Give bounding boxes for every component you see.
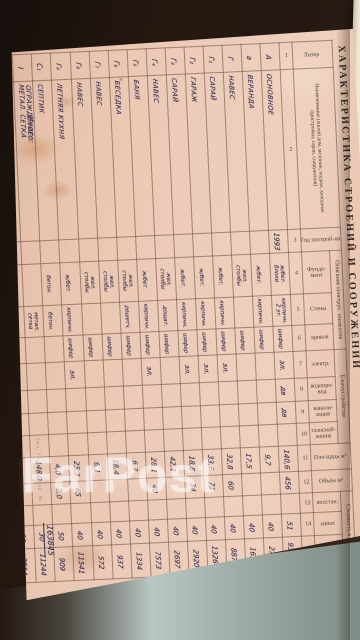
cell-gas — [106, 431, 126, 454]
cell-electric — [160, 357, 180, 385]
cell-walls: решетч. — [119, 301, 139, 333]
cell-foundation: жел. столбы — [98, 260, 119, 303]
cell-restor — [261, 494, 281, 515]
col-number-14: 14 — [300, 513, 314, 537]
cell-wear: 40 — [71, 523, 92, 547]
cell-volume: 85 — [69, 481, 90, 504]
cell-foundation: ж/бет. — [174, 257, 195, 300]
cell-year — [192, 233, 212, 257]
cell-gas — [258, 424, 278, 447]
cell-volume — [0, 484, 13, 507]
cell-water — [218, 381, 238, 405]
rotated-table-wrap: ХАРАКТЕРИСТИКА СТРОЕНИЙ И СООРУЖЕНИЙ Лит… — [13, 31, 360, 598]
cell-walls — [233, 296, 253, 328]
cell-roof — [6, 338, 26, 365]
cell-cost: 7573 — [149, 542, 170, 577]
cell-electric — [122, 358, 142, 386]
cell-electric: эл. — [274, 351, 294, 379]
cell-liter: Г₇ — [89, 51, 109, 79]
cell-liter: Г₈ — [70, 51, 90, 79]
cell-electric: эл. — [64, 361, 85, 389]
book-gutter-shadow — [336, 0, 350, 640]
cell-gas — [220, 426, 240, 449]
cell-restor — [70, 503, 91, 524]
cell-walls: кирпичн. — [176, 299, 196, 331]
cell-year — [97, 237, 117, 261]
cell-roof: шифер — [197, 329, 217, 356]
cell-restor — [13, 505, 33, 526]
cell-walls: кирпичн. — [138, 301, 158, 333]
cell-water — [199, 382, 219, 406]
cell-liter: Г₅ — [127, 49, 147, 77]
cell-volume — [89, 480, 109, 503]
cell-year: 1993 — [268, 230, 288, 254]
cell-water — [123, 385, 143, 409]
col-sewer: канали-зация — [308, 400, 338, 423]
cell-restor — [90, 502, 110, 523]
cell-electric — [103, 359, 123, 387]
cell-roof: шифер — [178, 330, 198, 357]
cell-area: 33,6 — [202, 449, 222, 476]
cell-walls: дощат. — [157, 300, 177, 332]
cell-gas — [182, 428, 202, 451]
cell-area: 25,3 — [68, 455, 89, 482]
cell-gas — [239, 425, 259, 448]
cell-water — [104, 386, 124, 410]
cell-year — [249, 230, 269, 254]
cell-roof: шифер — [253, 326, 273, 353]
cell-area: 32,8 — [221, 448, 241, 475]
cell-cost: 572 — [92, 545, 113, 580]
cell-restor — [147, 499, 167, 520]
photo-scene: ХАРАКТЕРИСТИКА СТРОЕНИЙ И СООРУЖЕНИЙ Лит… — [0, 0, 360, 640]
col-gas: газоснаб-жение — [309, 421, 339, 444]
cell-restor — [128, 500, 148, 521]
cell-liter: Г₉ — [50, 52, 71, 80]
cell-gas — [87, 432, 107, 455]
readable-table-area: ХАРАКТЕРИСТИКА СТРОЕНИЙ И СООРУЖЕНИЙ Лит… — [13, 31, 360, 598]
cell-water — [85, 387, 105, 411]
cell-liter: Г₃ — [165, 47, 185, 75]
col-electric: электр. — [306, 350, 336, 378]
cell-electric: эл. — [217, 354, 237, 382]
cell-walls: кирпичн. — [195, 298, 215, 330]
cell-foundation: ж/бет. — [250, 253, 271, 296]
cell-area: 62,0 — [11, 457, 31, 484]
cell-liter: А — [260, 43, 280, 71]
cell-walls — [0, 307, 6, 339]
cell-foundation — [0, 266, 4, 309]
cell-sewer — [162, 407, 182, 430]
total-label: Итого: — [26, 115, 36, 143]
cell-name: ЗАМОЩЕНИЕ — [0, 83, 1, 244]
cell-wear: 40 — [148, 519, 168, 543]
cell-electric: эл. — [141, 357, 161, 385]
cell-roof: шифер — [140, 331, 160, 358]
cell-electric — [0, 364, 8, 392]
cell-sewer — [9, 414, 29, 437]
cell-foundation: ж/бет. — [193, 256, 214, 299]
cell-cost: 1485 — [0, 549, 17, 584]
cell-liter: Г₁ — [203, 45, 223, 73]
total-value: 163845 — [43, 523, 56, 559]
cell-electric — [7, 364, 27, 392]
cell-year — [135, 236, 155, 260]
cell-water — [180, 383, 200, 407]
cell-foundation: ж/бет. блоки — [269, 253, 290, 296]
cell-gas — [0, 436, 11, 459]
cell-walls — [81, 303, 101, 335]
cell-restor — [0, 506, 14, 527]
cell-sewer: дв — [276, 401, 296, 424]
col-number-8: 8 — [294, 378, 308, 402]
cell-volume: 456 — [279, 471, 299, 494]
cell-gas — [125, 430, 145, 453]
cell-wear: 40 — [186, 518, 206, 542]
cell-electric: эл. — [198, 355, 218, 383]
cell-sewer — [238, 403, 258, 426]
cell-gas — [201, 427, 221, 450]
cell-roof: шифер — [63, 335, 84, 362]
cell-water — [256, 379, 276, 403]
cell-electric — [84, 360, 104, 388]
cell-roof: шифер — [83, 334, 103, 361]
cell-gas — [163, 429, 183, 452]
cell-water — [8, 391, 28, 415]
cell-gas — [10, 435, 30, 458]
cell-sewer — [105, 409, 125, 432]
col-liter: Литер — [292, 40, 334, 69]
col-number-10: 10 — [296, 423, 310, 446]
cell-year — [1, 242, 21, 266]
cell-liter: Г₆ — [108, 50, 128, 78]
cell-roof: шифер — [159, 331, 179, 358]
cell-area: 7,4 — [0, 458, 12, 485]
cell-volume: 34 — [184, 476, 204, 499]
cell-liter: Г₂ — [184, 46, 204, 74]
cell-roof: шифер — [235, 327, 255, 354]
cell-restor — [242, 495, 262, 516]
cell-area: 9,7 — [259, 446, 279, 473]
cell-liter: Г₄ — [146, 48, 166, 76]
cell-cost: 937 — [111, 544, 132, 579]
cell-liter: Г — [222, 44, 242, 72]
cell-foundation: жел. столбы — [79, 261, 100, 304]
cell-area: 18,8 — [183, 450, 203, 477]
col-roof: кровля — [304, 324, 334, 351]
cell-area: 140,6 — [278, 445, 298, 472]
cell-water — [237, 380, 257, 404]
cell-gas — [277, 423, 297, 446]
cell-walls: метал. — [4, 307, 24, 339]
cell-restor — [223, 496, 243, 517]
cell-water — [161, 384, 181, 408]
cell-restor — [204, 497, 224, 518]
cell-foundation: ж/бет. — [136, 259, 157, 302]
cell-cost: 2514 — [15, 548, 36, 583]
cell-foundation — [2, 265, 23, 308]
cell-volume: 40 — [146, 477, 166, 500]
cell-foundation: жел. столбы — [231, 254, 252, 297]
col-number-7: 7 — [293, 351, 307, 379]
cell-restor — [166, 498, 186, 519]
cell-gas — [67, 433, 88, 456]
cell-year — [0, 243, 2, 267]
cell-year — [211, 232, 231, 256]
cell-area: 28,1 — [145, 451, 165, 478]
cell-liter: II — [0, 55, 13, 83]
cell-restor — [109, 501, 129, 522]
cell-volume — [108, 479, 128, 502]
cell-volume: 71 — [203, 475, 223, 498]
cell-sewer — [124, 408, 144, 431]
cell-water — [0, 391, 9, 415]
cell-volume — [12, 483, 32, 506]
cell-roof: шифер — [216, 328, 236, 355]
cell-volume: 60 — [222, 474, 242, 497]
col-number-5: 5 — [290, 294, 304, 326]
cell-wear: 40 — [205, 517, 225, 541]
cell-roof: шифер — [102, 333, 122, 360]
cell-electric — [236, 353, 256, 381]
cell-roof — [0, 338, 7, 365]
cell-walls: кирпичн. — [61, 304, 82, 336]
cell-area: 6,1 — [88, 454, 108, 481]
cell-sewer — [0, 414, 10, 437]
cell-electric: эл. — [179, 356, 199, 384]
cell-wear: 40 — [110, 521, 130, 545]
cell-wear: 40 — [129, 520, 149, 544]
cell-walls — [100, 302, 120, 334]
cell-year — [78, 238, 98, 262]
cell-sewer — [86, 410, 106, 433]
cell-sewer — [219, 404, 239, 427]
col-number-9: 9 — [295, 401, 309, 424]
cell-water: дв — [275, 378, 295, 402]
cell-sewer — [200, 405, 220, 428]
cell-roof: шифер — [121, 332, 141, 359]
cell-liter: а — [241, 44, 261, 72]
cell-restor — [185, 498, 205, 519]
cell-wear: 32 — [0, 526, 15, 550]
cell-wear: 51 — [281, 513, 301, 537]
col-foundation: Фунда-мент — [301, 251, 332, 294]
cell-year — [58, 239, 79, 263]
cell-wear: 30 — [14, 525, 34, 549]
cell-walls: кирпичн. — [252, 295, 272, 327]
cell-wear: 40 — [91, 522, 111, 546]
cell-wear: 40 — [167, 518, 187, 542]
cell-foundation: ж/бет. — [59, 262, 81, 305]
cell-volume — [260, 472, 280, 495]
cell-foundation: жел. столбы — [117, 259, 138, 302]
cell-foundation: ж/бет. — [212, 255, 233, 298]
cell-sewer — [66, 411, 87, 434]
cell-sewer — [257, 402, 277, 425]
cell-walls: кирпичн. 2 эт. — [271, 294, 291, 326]
col-water: водопро-вод — [307, 377, 337, 401]
cell-year — [154, 235, 174, 259]
cell-restor — [280, 493, 300, 514]
cell-year — [173, 234, 193, 258]
cell-sewer — [143, 407, 163, 430]
col-number-6: 6 — [291, 325, 305, 352]
cell-foundation: жел. столбы — [155, 258, 176, 301]
cell-water — [142, 384, 162, 408]
cell-electric — [255, 352, 275, 380]
cell-gas — [144, 429, 164, 452]
col-number-13: 13 — [299, 493, 313, 514]
cell-year — [230, 231, 250, 255]
passport-page: ХАРАКТЕРИСТИКА СТРОЕНИЙ И СООРУЖЕНИЙ Лит… — [0, 0, 360, 640]
col-walls: Стены — [303, 293, 333, 325]
cell-volume — [241, 473, 261, 496]
cell-walls: кирпичн. — [214, 297, 234, 329]
cell-area: 6,7 — [126, 452, 146, 479]
cell-cost: 1334 — [130, 543, 151, 578]
cell-area: 18,4 — [107, 453, 127, 480]
cell-water — [65, 388, 86, 412]
cell-area: 42,1 — [164, 451, 184, 478]
cell-cost: 11541 — [72, 546, 94, 581]
cell-wear: 40 — [262, 514, 282, 538]
cell-sewer — [181, 406, 201, 429]
cell-volume — [127, 478, 147, 501]
cell-area: 17,5 — [240, 447, 260, 474]
cell-roof: шифер — [272, 325, 292, 352]
cell-wear: 40 — [243, 515, 263, 539]
cell-wear: 40 — [224, 516, 244, 540]
col-name: Наименование (жилой дом, мезонин, подвал… — [293, 67, 341, 229]
cell-year — [116, 236, 136, 260]
cell-volume — [165, 477, 185, 500]
